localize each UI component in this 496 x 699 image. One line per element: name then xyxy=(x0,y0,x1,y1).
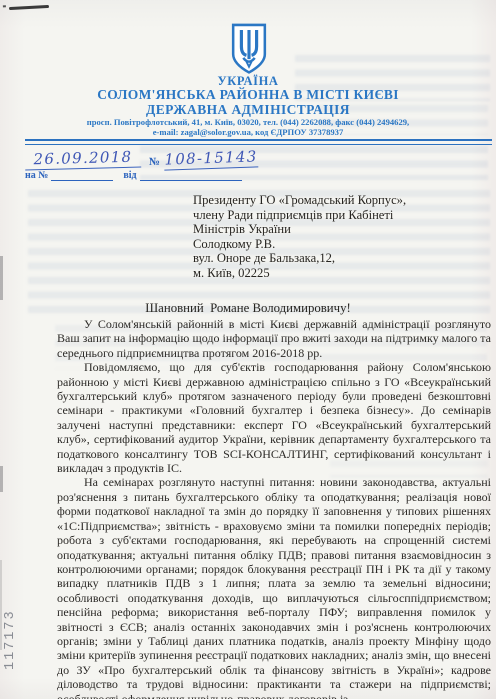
na-no-blank-line xyxy=(51,180,113,181)
recipient-line: м. Київ, 02225 xyxy=(193,266,463,281)
outgoing-ref-row: 26.09.2018 № 108-15143 xyxy=(25,147,258,169)
handwritten-outgoing-number: 108-15143 xyxy=(164,147,258,168)
ukraine-trident-emblem-icon xyxy=(230,22,268,76)
scan-edge-smudge xyxy=(0,560,2,650)
incoming-ref-row: на № від xyxy=(25,170,242,181)
recipient-line: Президенту ГО «Громадський Корпус», xyxy=(193,193,463,208)
pen-mark xyxy=(9,5,49,10)
scanned-letter-page: УКРАЇНА СОЛОМ'ЯНСЬКА РАЙОННА В МІСТІ КИЄ… xyxy=(0,0,496,699)
org-name-line2: ДЕРЖАВНА АДМІНІСТРАЦІЯ xyxy=(0,102,496,118)
letter-body: У Солом'янській районній в місті Києві д… xyxy=(57,317,491,699)
recipient-line: вул. Оноре де Бальзака,12, xyxy=(193,251,463,266)
vid-blank-line xyxy=(140,180,242,181)
scan-edge-smudge xyxy=(0,466,3,492)
salutation: Шановний Романе Володимировичу! xyxy=(0,301,496,316)
body-paragraph: У Солом'янській районній в місті Києві д… xyxy=(57,317,491,360)
recipient-line: Міністрів України xyxy=(193,222,463,237)
margin-stamp-number: 117173 xyxy=(3,586,18,670)
org-address-line: просп. Повітрофлотський, 41, м. Київ, 03… xyxy=(0,117,496,127)
letterhead-divider-rule xyxy=(25,139,492,145)
na-no-label: на № xyxy=(25,170,48,181)
recipient-block: Президенту ГО «Громадський Корпус», член… xyxy=(193,193,463,281)
number-write-line: 108-15143 xyxy=(164,147,259,170)
date-write-line: 26.09.2018 xyxy=(25,147,141,170)
body-paragraph: Повідомляємо, що для суб'єктів господарю… xyxy=(57,360,491,475)
vid-label: від xyxy=(123,170,136,181)
scan-edge-smudge xyxy=(0,256,3,300)
handwritten-date: 26.09.2018 xyxy=(33,148,132,169)
recipient-line: Солодкому Р.В. xyxy=(193,237,463,252)
body-paragraph: На семінарах розглянуто наступні питання… xyxy=(57,475,491,699)
org-name-line1: СОЛОМ'ЯНСЬКА РАЙОННА В МІСТІ КИЄВІ xyxy=(0,87,496,103)
numero-sign: № xyxy=(149,156,160,168)
org-contact-line: e-mail: zagal@solor.gov.ua, код ЄДРПОУ 3… xyxy=(0,127,496,137)
recipient-line: члену Ради підприємців при Кабінеті xyxy=(193,208,463,223)
